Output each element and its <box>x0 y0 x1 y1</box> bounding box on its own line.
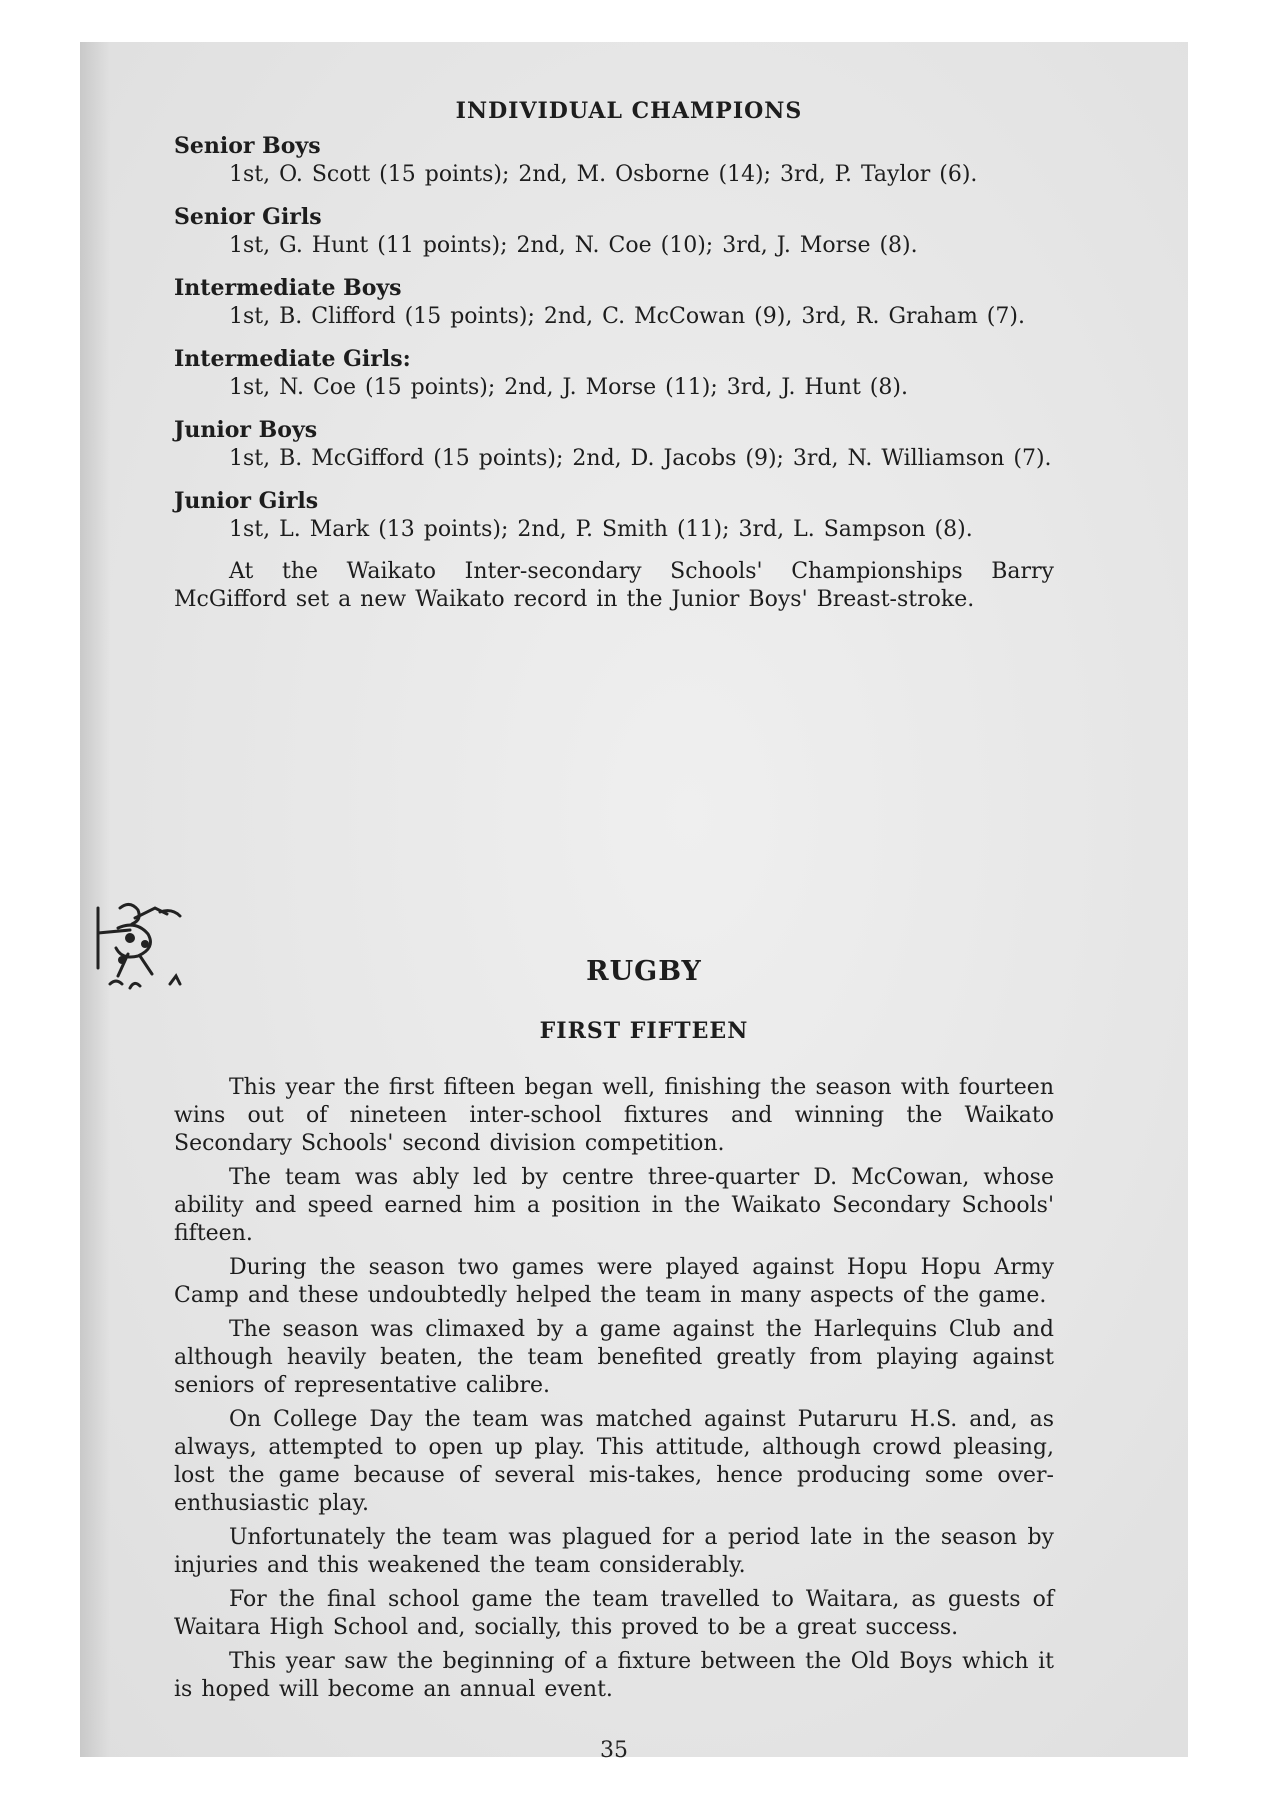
page-number: 35 <box>174 1738 1054 1763</box>
rugby-paragraph: This year the first fifteen began well, … <box>174 1074 1054 1158</box>
scanned-page: INDIVIDUAL CHAMPIONS Senior Boys 1st, O.… <box>80 42 1188 1757</box>
category-heading: Junior Boys <box>174 416 1054 444</box>
individual-champions-heading: INDIVIDUAL CHAMPIONS <box>204 98 1054 124</box>
category-intermediate-boys: Intermediate Boys 1st, B. Clifford (15 p… <box>174 274 1054 331</box>
category-senior-girls: Senior Girls 1st, G. Hunt (11 points); 2… <box>174 203 1054 260</box>
rugby-paragraph: Unfortunately the team was plagued for a… <box>174 1524 1054 1580</box>
record-note: At the Waikato Inter-secondary Schools' … <box>174 558 1054 614</box>
category-result: 1st, N. Coe (15 points); 2nd, J. Morse (… <box>229 373 1054 402</box>
category-result: 1st, G. Hunt (11 points); 2nd, N. Coe (1… <box>229 231 1054 260</box>
category-intermediate-girls: Intermediate Girls: 1st, N. Coe (15 poin… <box>174 345 1054 402</box>
category-result: 1st, B. McGifford (15 points); 2nd, D. J… <box>229 444 1054 473</box>
category-heading: Intermediate Girls: <box>174 345 1054 373</box>
page-content: INDIVIDUAL CHAMPIONS Senior Boys 1st, O.… <box>174 98 1054 620</box>
rugby-heading: RUGBY <box>174 956 1054 987</box>
category-junior-boys: Junior Boys 1st, B. McGifford (15 points… <box>174 416 1054 473</box>
category-heading: Senior Girls <box>174 203 1054 231</box>
champions-section: Senior Boys 1st, O. Scott (15 points); 2… <box>174 132 1054 614</box>
rugby-paragraph: For the final school game the team trave… <box>174 1586 1054 1642</box>
category-heading: Intermediate Boys <box>174 274 1054 302</box>
rugby-paragraph: The season was climaxed by a game agains… <box>174 1316 1054 1400</box>
category-result: 1st, O. Scott (15 points); 2nd, M. Osbor… <box>229 160 1054 189</box>
rugby-paragraph: During the season two games were played … <box>174 1254 1054 1310</box>
category-heading: Junior Girls <box>174 487 1054 515</box>
rugby-paragraph: The team was ably led by centre three-qu… <box>174 1164 1054 1248</box>
category-heading: Senior Boys <box>174 132 1054 160</box>
first-fifteen-heading: FIRST FIFTEEN <box>174 1018 1054 1044</box>
category-senior-boys: Senior Boys 1st, O. Scott (15 points); 2… <box>174 132 1054 189</box>
category-result: 1st, B. Clifford (15 points); 2nd, C. Mc… <box>229 302 1054 331</box>
rugby-paragraph: This year saw the beginning of a fixture… <box>174 1648 1054 1704</box>
rugby-report: This year the first fifteen began well, … <box>174 1074 1054 1710</box>
category-junior-girls: Junior Girls 1st, L. Mark (13 points); 2… <box>174 487 1054 544</box>
rugby-paragraph: On College Day the team was matched agai… <box>174 1406 1054 1518</box>
category-result: 1st, L. Mark (13 points); 2nd, P. Smith … <box>229 515 1054 544</box>
